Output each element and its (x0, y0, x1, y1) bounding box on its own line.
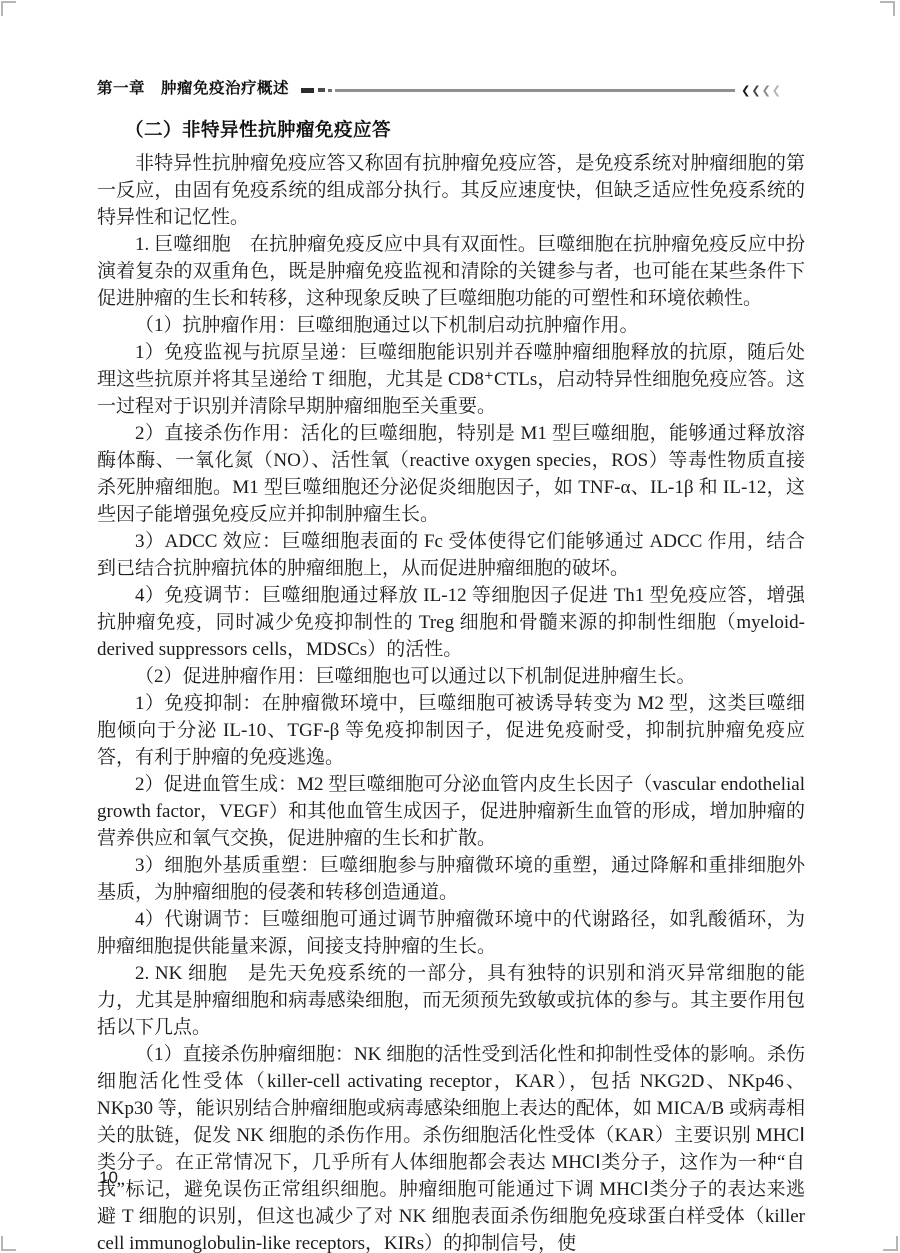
book-page: 第一章 肿瘤免疫治疗概述 ❮ ❮ ❮ ❮ （二）非特异性抗肿瘤免疫应答 非特异性… (0, 0, 900, 1253)
paragraph: 非特异性抗肿瘤免疫应答又称固有抗肿瘤免疫应答，是免疫系统对肿瘤细胞的第一反应，由… (97, 150, 805, 231)
crop-mark-bottom-right-icon (883, 1236, 898, 1251)
paragraph: 3）细胞外基质重塑：巨噬细胞参与肿瘤微环境的重塑，通过降解和重排细胞外基质，为肿… (97, 852, 805, 906)
page-number: 10 (99, 1168, 118, 1188)
paragraph: 1）免疫监视与抗原呈递：巨噬细胞能识别并吞噬肿瘤细胞释放的抗原，随后处理这些抗原… (97, 339, 805, 420)
paragraph: 2. NK 细胞 是先天免疫系统的一部分，具有独特的识别和消灭异常细胞的能力，尤… (97, 960, 805, 1041)
paragraph: （1）直接杀伤肿瘤细胞：NK 细胞的活性受到活化性和抑制性受体的影响。杀伤细胞活… (97, 1041, 805, 1253)
chevron-left-icon: ❮ (772, 85, 781, 96)
chevron-left-icons: ❮ ❮ ❮ ❮ (741, 85, 781, 96)
rule-dash (328, 89, 332, 92)
chapter-header: 第一章 肿瘤免疫治疗概述 ❮ ❮ ❮ ❮ (97, 76, 781, 98)
paragraph: 2）促进血管生成：M2 型巨噬细胞可分泌血管内皮生长因子（vascular en… (97, 771, 805, 852)
chevron-left-icon: ❮ (741, 85, 750, 96)
paragraphs: 非特异性抗肿瘤免疫应答又称固有抗肿瘤免疫应答，是免疫系统对肿瘤细胞的第一反应，由… (97, 150, 805, 1253)
crop-mark-top-right-icon (880, 1, 895, 16)
paragraph: 3）ADCC 效应：巨噬细胞表面的 Fc 受体使得它们能够通过 ADCC 作用，… (97, 528, 805, 582)
chapter-title: 第一章 肿瘤免疫治疗概述 (97, 76, 289, 98)
header-rule: ❮ ❮ ❮ ❮ (301, 85, 781, 96)
crop-mark-top-left-icon (1, 1, 16, 16)
paragraph: 1. 巨噬细胞 在抗肿瘤免疫反应中具有双面性。巨噬细胞在抗肿瘤免疫反应中扮演着复… (97, 231, 805, 312)
paragraph: 1）免疫抑制：在肿瘤微环境中，巨噬细胞可被诱导转变为 M2 型，这类巨噬细胞倾向… (97, 690, 805, 771)
chevron-left-icon: ❮ (762, 85, 771, 96)
rule-line (335, 89, 735, 92)
paragraph: 4）代谢调节：巨噬细胞可通过调节肿瘤微环境中的代谢路径，如乳酸循环，为肿瘤细胞提… (97, 906, 805, 960)
rule-dash (318, 88, 325, 92)
paragraph: 4）免疫调节：巨噬细胞通过释放 IL-12 等细胞因子促进 Th1 型免疫应答，… (97, 582, 805, 663)
chevron-left-icon: ❮ (751, 85, 760, 96)
paragraph: （2）促进肿瘤作用：巨噬细胞也可以通过以下机制促进肿瘤生长。 (97, 663, 805, 690)
crop-mark-bottom-left-icon (1, 1236, 16, 1251)
rule-dash (301, 88, 314, 93)
section-heading: （二）非特异性抗肿瘤免疫应答 (97, 116, 805, 142)
page-body: （二）非特异性抗肿瘤免疫应答 非特异性抗肿瘤免疫应答又称固有抗肿瘤免疫应答，是免… (97, 116, 805, 1253)
paragraph: 2）直接杀伤作用：活化的巨噬细胞，特别是 M1 型巨噬细胞，能够通过释放溶酶体酶… (97, 420, 805, 528)
paragraph: （1）抗肿瘤作用：巨噬细胞通过以下机制启动抗肿瘤作用。 (97, 312, 805, 339)
